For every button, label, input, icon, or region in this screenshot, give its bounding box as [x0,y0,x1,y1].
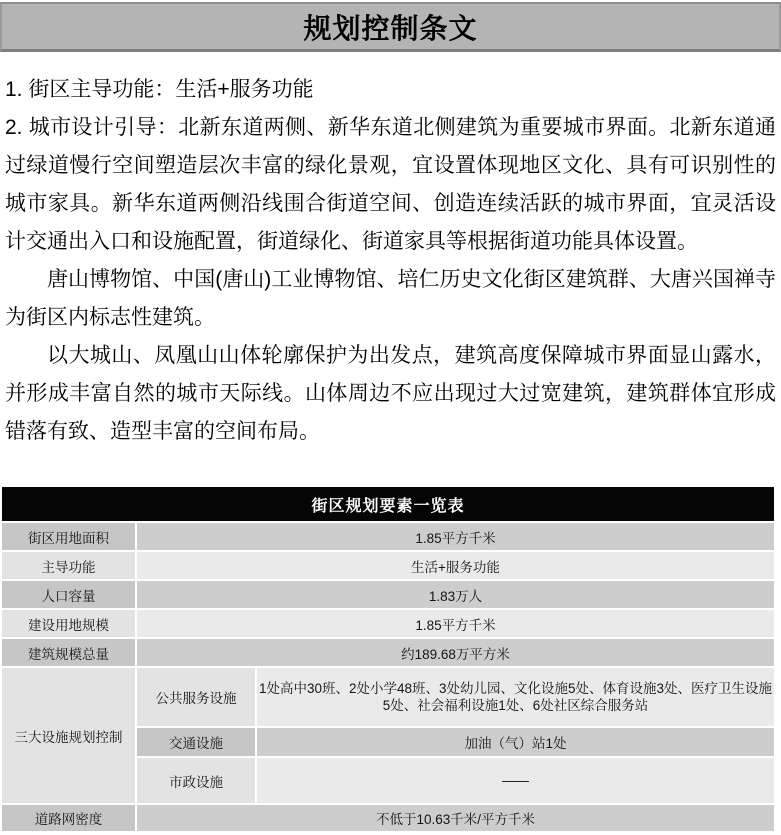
row-value-municipal-facilities: —— [257,758,774,803]
row-value-main-function: 生活+服务功能 [137,552,774,579]
table-title: 街区规划要素一览表 [2,487,774,521]
paragraph-skyline: 以大城山、凤凰山山体轮廓保护为出发点，建筑高度保障城市界面显山露水，并形成丰富自… [5,337,776,451]
page-title: 规划控制条文 [303,7,477,47]
table-row: 建筑规模总量 约189.68万平方米 [2,639,774,666]
table-row: 人口容量 1.83万人 [2,581,774,608]
page-title-bar: 规划控制条文 [0,2,781,52]
table-header-row: 街区规划要素一览表 [2,487,774,521]
body-text: 1. 街区主导功能：生活+服务功能 2. 城市设计引导：北新东道两侧、新华东道北… [5,71,776,451]
paragraph-block-function: 1. 街区主导功能：生活+服务功能 [5,71,776,109]
row-label-public-services: 公共服务设施 [137,668,255,726]
row-value-construction-land: 1.85平方千米 [137,610,774,637]
row-value-traffic-facilities: 加油（气）站1处 [257,728,774,756]
table-row-group-public: 三大设施规划控制 公共服务设施 1处高中30班、2处小学48班、3处幼儿园、文化… [2,668,774,726]
paragraph-landmarks: 唐山博物馆、中国(唐山)工业博物馆、培仁历史文化街区建筑群、大唐兴国禅寺为街区内… [5,261,776,337]
row-label-land-area: 街区用地面积 [2,523,135,550]
row-label-construction-land: 建设用地规模 [2,610,135,637]
planning-elements-table: 街区规划要素一览表 街区用地面积 1.85平方千米 主导功能 生活+服务功能 人… [0,485,776,833]
row-value-public-services: 1处高中30班、2处小学48班、3处幼儿园、文化设施5处、体育设施3处、医疗卫生… [257,668,774,726]
row-label-main-function: 主导功能 [2,552,135,579]
row-label-population: 人口容量 [2,581,135,608]
table-row: 道路网密度 不低于10.63千米/平方千米 [2,805,774,831]
table-row: 建设用地规模 1.85平方千米 [2,610,774,637]
row-value-population: 1.83万人 [137,581,774,608]
table-row: 主导功能 生活+服务功能 [2,552,774,579]
row-label-road-density: 道路网密度 [2,805,135,831]
row-value-road-density: 不低于10.63千米/平方千米 [137,805,774,831]
row-label-traffic-facilities: 交通设施 [137,728,255,756]
group-label-three-facilities: 三大设施规划控制 [2,668,135,803]
row-value-land-area: 1.85平方千米 [137,523,774,550]
row-label-building-scale: 建筑规模总量 [2,639,135,666]
paragraph-urban-design: 2. 城市设计引导：北新东道两侧、新华东道北侧建筑为重要城市界面。北新东道通过绿… [5,109,776,261]
row-label-municipal-facilities: 市政设施 [137,758,255,803]
table-row: 街区用地面积 1.85平方千米 [2,523,774,550]
row-value-building-scale: 约189.68万平方米 [137,639,774,666]
document-page: 规划控制条文 1. 街区主导功能：生活+服务功能 2. 城市设计引导：北新东道两… [0,0,781,835]
